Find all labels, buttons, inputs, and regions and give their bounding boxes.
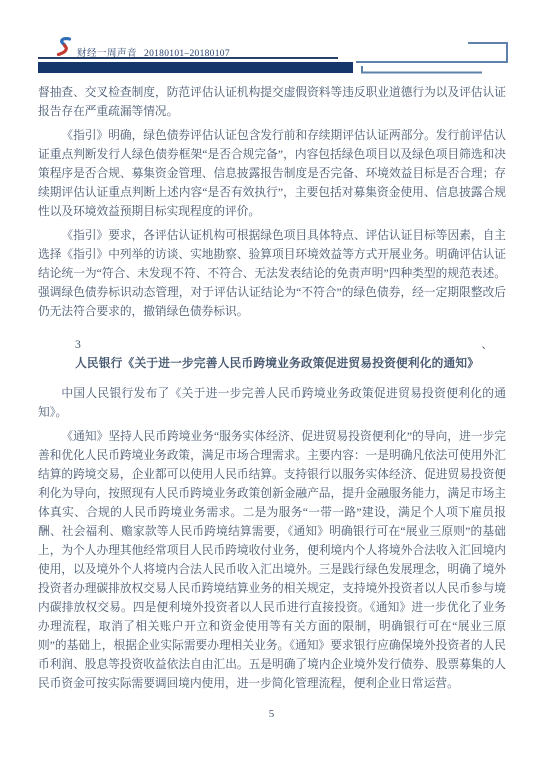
header-rule-divider	[38, 57, 338, 59]
corner-bracket-decoration-icon	[340, 35, 543, 80]
page-number: 5	[0, 708, 543, 720]
document-page: 财经一周声音20180101–20180107 督抽查、交叉检查制度，防范评估认…	[0, 0, 543, 768]
section-heading: 3、人民银行《关于进一步完善人民币跨境业务政策促进贸易投资便利化的通知》	[38, 335, 506, 373]
paragraph-guideline-clarify: 《指引》明确，绿色债券评估认证包含发行前和存续期评估认证两部分。发行前评估认证重…	[38, 126, 506, 221]
paragraph-continuation: 督抽查、交叉检查制度，防范评估认证机构提交虚假资料等违反职业道德行为以及评估认证…	[38, 83, 506, 121]
section-heading-title: 人民银行《关于进一步完善人民币跨境业务政策促进贸易投资便利化的通知》	[75, 357, 479, 370]
paragraph-guideline-require: 《指引》要求，各评估认证机构可根据绿色项目具体特点、评估认证目标等因素，自主选择…	[38, 226, 506, 321]
paragraph-notice-detail: 《通知》坚持人民币跨境业务“服务实体经济、促进贸易投资便利化”的导向，进一步完善…	[38, 427, 506, 693]
brand-logo-icon	[55, 37, 72, 57]
document-body: 督抽查、交叉检查制度，防范评估认证机构提交虚假资料等违反职业道德行为以及评估认证…	[38, 83, 506, 698]
header-navy-bar	[38, 62, 353, 73]
paragraph-pboc-release: 中国人民银行发布了《关于进一步完善人民币跨境业务政策促进贸易投资便利化的通知》。	[38, 384, 506, 422]
section-heading-number: 3、	[75, 338, 493, 351]
